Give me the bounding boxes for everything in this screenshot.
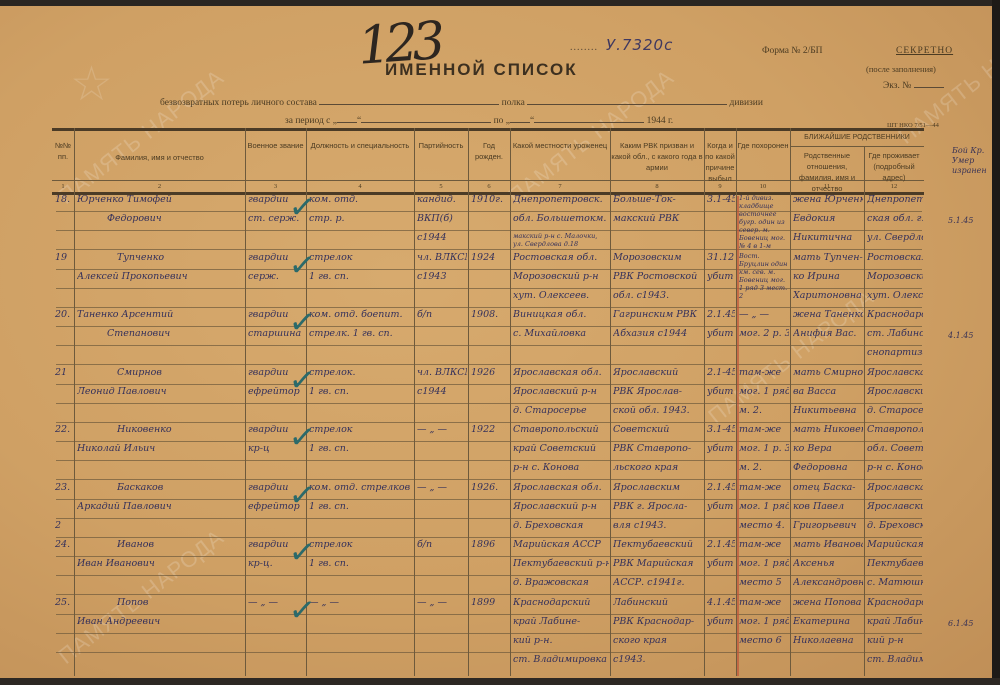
relative-name: Николаевна [793,635,863,646]
draft-office: вля с1943. [613,520,703,531]
party-membership: — „ — [417,482,467,493]
birth-year: 1896 [471,539,509,550]
burial-place: там-же [739,367,789,378]
soldier-surname: Попов [117,597,244,608]
birth-year: 1910г. [471,194,509,205]
position: 1 гв. сп. [309,443,413,454]
soldier-surname: Таненко Арсентий [77,309,244,320]
position: стрелок [309,539,413,550]
cause-of-loss: убит [707,501,735,512]
watermark-star-icon: ☆ [70,56,113,112]
relative-address: Ярославский р-н [867,501,923,512]
margin-red-line [737,196,739,676]
position: стрелок [309,424,413,435]
relative-address: Днепропетров- [867,194,923,205]
archival-document: ☆ ПАМЯТЬ НАРОДА ПАМЯТЬ НАРОДА ПАМЯТЬ НАР… [0,6,992,678]
party-membership: чл. ВЛКСМ [417,252,467,263]
burial-place: мог. 1 ряд [739,616,789,627]
burial-place: мог. 1 ряд 3 [739,501,789,512]
column-number: 10 [736,183,790,190]
relative-name: Анифия Вас. [793,328,863,339]
birthplace: Ярославская обл. [513,367,609,378]
subtitle-line: безвозвратных потерь личного состава пол… [160,96,800,108]
relative-name: жена Попова [793,597,863,608]
draft-office: РВК Краснодар- [613,616,703,627]
position: ком. отд. [309,194,413,205]
draft-office: макский РВК [613,213,703,224]
row-number: 22. [55,424,73,435]
draft-office: Советский [613,424,703,435]
relative-name: Александровна [793,577,863,588]
relative-name: мать Тупчен- [793,252,863,263]
burial-place: место 4. [739,520,789,531]
row-number: 2 [55,520,73,531]
document-title: ИМЕННОЙ СПИСОК [385,60,578,80]
birthplace: Марийская АССР [513,539,609,550]
birthplace: край Лабине- [513,616,609,627]
table-rule [790,146,924,147]
soldier-surname: Смирнов [117,367,244,378]
draft-office: ского края [613,635,703,646]
birthplace: край Советский [513,443,609,454]
position: ком. отд. стрелков [309,482,413,493]
party-membership: с1943 [417,271,467,282]
draft-office: обл. с1943. [613,290,703,301]
position: — „ — [309,597,413,608]
soldier-name: Иван Иванович [77,558,244,569]
birthplace: ст. Владимировка [513,654,609,665]
position: стрелк. 1 гв. сп. [309,328,413,339]
birthplace: хут. Олексеев. [513,290,609,301]
date-of-loss: 2.1.45 [707,539,735,550]
draft-office: РВК Ростовской [613,271,703,282]
relative-address: ст. Лабинская Кра- [867,328,923,339]
burial-place: там-же [739,597,789,608]
birthplace: Виницкая обл. [513,309,609,320]
relative-name: Федоровна [793,462,863,473]
party-membership: б/п [417,309,467,320]
draft-office: Больше-Ток- [613,194,703,205]
draft-office: АССР. с1941г. [613,577,703,588]
soldier-surname: Юрченко Тимофей [77,194,244,205]
birthplace: Днепропетровск. [513,194,609,205]
relative-name: ко Ирина [793,271,863,282]
check-mark-icon: ✓ [287,474,318,515]
draft-office: РВК Ставропо- [613,443,703,454]
burial-place: там-же [739,482,789,493]
draft-office: Лабинский [613,597,703,608]
soldier-surname: Тупченко [117,252,244,263]
soldier-name: Степанович [107,328,244,339]
position: 1 гв. сп. [309,558,413,569]
birthplace: д. Бреховская [513,520,609,531]
cause-of-loss: убит [707,271,735,282]
burial-place: место 6 [739,635,789,646]
draft-office: Ярославским [613,482,703,493]
birth-year: 1926 [471,367,509,378]
relative-name: мать Никовен- [793,424,863,435]
birthplace: Морозовский р-н [513,271,609,282]
column-number: 5 [414,183,468,190]
date-of-loss: 2.1-45 [707,367,735,378]
party-membership: б/п [417,539,467,550]
check-mark-icon: ✓ [287,187,318,228]
row-number: 24. [55,539,73,550]
draft-office: Ярославский [613,367,703,378]
relative-name: Евдокия [793,213,863,224]
birthplace: Ставропольский [513,424,609,435]
birthplace: Ярославский р-н [513,386,609,397]
relative-name: мать Иванова [793,539,863,550]
relative-name: Аксенья [793,558,863,569]
registration-stamp: ........У.7320с [570,36,673,54]
row-number: 19 [55,252,73,263]
period-line: за период с „“ по „“ 1944 г. [285,114,673,126]
relative-address: р-н с. Конова [867,462,923,473]
party-membership: с1944 [417,386,467,397]
relative-address: обл. Советский [867,443,923,454]
cause-of-loss: убит [707,443,735,454]
column-number: 6 [468,183,510,190]
column-header: Где проживает (подробный адрес) [864,150,924,183]
soldier-surname: Никовенко [117,424,244,435]
form-number: Форма № 2/БП [762,46,823,56]
column-header: Партийность [414,140,468,151]
soldier-surname: Баскаков [117,482,244,493]
relative-name: Никитична [793,232,863,243]
position: 1 гв. сп. [309,386,413,397]
burial-place: м. 2. [739,405,789,416]
soldier-name: Николай Ильич [77,443,244,454]
column-header: Где похоронен [736,140,790,151]
row-number: 23. [55,482,73,493]
birthplace: Ярославская обл. [513,482,609,493]
burial-place: мог. 1 ряд 3 [739,386,789,397]
column-header: Какой местности уроженец [510,140,610,151]
draft-office: Морозовским [613,252,703,263]
cause-of-loss: убит [707,616,735,627]
birthplace: Краснодарский [513,597,609,608]
position: 1 гв. сп. [309,271,413,282]
draft-office: РВК г. Яросла- [613,501,703,512]
row-number: 20. [55,309,73,320]
draft-office: Абхазия с1944 [613,328,703,339]
relative-address: Краснодарский край [867,309,923,320]
birthplace: р-н с. Конова [513,462,609,473]
column-number: 12 [864,183,924,190]
column-header: Год рожден. [468,140,510,162]
column-header: Каким РВК призван и какой обл., с какого… [610,140,704,173]
burial-place: мог. 2 р. 3 [739,328,789,339]
column-header: №№ пп. [52,140,74,162]
losses-table: №№ пп.1Фамилия, имя и отчество2Военное з… [52,128,924,676]
draft-office: Гагринским РВК [613,309,703,320]
relative-address: Пектубаевский р-н [867,558,923,569]
relative-address: Ярославская обл. [867,367,923,378]
draft-office: льского края [613,462,703,473]
birthplace: Пектубаевский р-н [513,558,609,569]
draft-office: РВК Марийская [613,558,703,569]
birthplace: с. Михайловка [513,328,609,339]
relative-name: Никитьевна [793,405,863,416]
relative-address: край Лабине- [867,616,923,627]
relative-address: хут. Олексеев. [867,290,923,301]
relative-address: снопартизанская д.100 [867,347,923,358]
column-number: 7 [510,183,610,190]
burial-place: м. 2. [739,462,789,473]
column-number: 8 [610,183,704,190]
relative-address: ст. Владимировка [867,654,923,665]
relative-address: Краснодарский [867,597,923,608]
relative-name: ков Павел [793,501,863,512]
margin-date-note: 4.1.45 [948,331,973,340]
position: ком. отд. боепит. [309,309,413,320]
cause-of-loss: убит [707,328,735,339]
position: стрелок. [309,367,413,378]
burial-place: там-же [739,424,789,435]
relative-address: с. Матюшка [867,577,923,588]
check-mark-icon: ✓ [287,359,318,400]
birth-year: 1908. [471,309,509,320]
margin-date-note: 6.1.45 [948,619,973,628]
birth-year: 1926. [471,482,509,493]
relative-address: Морозовский р-н [867,271,923,282]
check-mark-icon: ✓ [287,302,318,343]
row-number: 25. [55,597,73,608]
party-membership: кандид. [417,194,467,205]
draft-office: Пектубаевский [613,539,703,550]
cause-of-loss: убит [707,558,735,569]
soldier-name: Леонид Павлович [77,386,244,397]
column-number: 9 [704,183,736,190]
check-mark-icon: ✓ [287,244,318,285]
column-header: Когда и по какой причине выбыл [704,140,736,184]
relative-address: Ярославский р-н [867,386,923,397]
birth-year: 1899 [471,597,509,608]
draft-office: ской обл. 1943. [613,405,703,416]
copy-number: Экз. № [883,79,944,91]
check-mark-icon: ✓ [287,532,318,573]
classification-label: СЕКРЕТНО [896,46,953,56]
relative-name: отец Баска- [793,482,863,493]
after-filling-note: (после заполнения) [866,64,936,74]
margin-note: Бой Кр. Умер изранен [952,146,992,176]
soldier-name: Алексей Прокопьевич [77,271,244,282]
burial-place: мог. 1 р. 3 [739,443,789,454]
birth-year: 1924 [471,252,509,263]
soldier-name: Аркадий Павлович [77,501,244,512]
date-of-loss: 31.12.44 [707,252,735,263]
column-number: 4 [306,183,414,190]
relative-address: ул. Свердлова д.18 [867,232,923,243]
date-of-loss: 3.1-45 [707,194,735,205]
position: стр. р. [309,213,413,224]
date-of-loss: 2.1.45 [707,482,735,493]
relative-address: Ставропольская [867,424,923,435]
party-membership: чл. ВЛКСМ [417,367,467,378]
position: стрелок [309,252,413,263]
draft-office: РВК Ярослав- [613,386,703,397]
birthplace: Ярославский р-н [513,501,609,512]
row-number: 18. [55,194,73,205]
relative-address: Ростовская обл. [867,252,923,263]
column-header: Должность и специальность [306,140,414,151]
draft-office: с1943. [613,654,703,665]
soldier-name: Иван Андреевич [77,616,244,627]
position: 1 гв. сп. [309,501,413,512]
scan-edge [0,678,1000,685]
relative-address: кий р-н [867,635,923,646]
column-header: Военное звание [245,140,306,151]
check-mark-icon: ✓ [287,589,318,630]
relative-address: д. Старосерье. [867,405,923,416]
relative-name: ва Васса [793,386,863,397]
birth-year: 1922 [471,424,509,435]
soldier-name: Федорович [107,213,244,224]
column-number: 1 [52,183,74,190]
party-membership: с1944 [417,232,467,243]
burial-place: там-же [739,539,789,550]
relative-name: Григорьевич [793,520,863,531]
relative-name: жена Таненко [793,309,863,320]
party-membership: — „ — [417,424,467,435]
column-header: Фамилия, имя и отчество [74,152,245,163]
date-of-loss: 4.1.45 [707,597,735,608]
birthplace: кий р-н. [513,635,609,646]
column-number: 2 [74,183,245,190]
relative-name: Харитоновна [793,290,863,301]
table-rule [52,128,924,131]
birthplace: Ростовская обл. [513,252,609,263]
relative-address: д. Бреховская [867,520,923,531]
row-number: 21 [55,367,73,378]
soldier-surname: Иванов [117,539,244,550]
relative-name: ко Вера [793,443,863,454]
relative-address: Ярославская обл. [867,482,923,493]
scan-edge [992,0,1000,685]
margin-date-note: 5.1.45 [948,216,973,225]
burial-place: место 5 [739,577,789,588]
check-mark-icon: ✓ [287,417,318,458]
birthplace: макский р-н с. Малочки, ул. Свердлова д.… [513,232,609,248]
relative-name: жена Юрченко [793,194,863,205]
relative-address: ская обл. г. Малочки [867,213,923,224]
date-of-loss: 3.1-45 [707,424,735,435]
relatives-header: БЛИЖАЙШИЕ РОДСТВЕННИКИ [790,132,924,143]
column-number: 11 [790,183,864,190]
cause-of-loss: убит [707,386,735,397]
birthplace: д. Старосерье [513,405,609,416]
birthplace: обл. Большетокм. [513,213,609,224]
party-membership: — „ — [417,597,467,608]
relative-name: Екатерина [793,616,863,627]
relative-name: мать Смирно- [793,367,863,378]
relative-address: Марийская АССР [867,539,923,550]
date-of-loss: 2.1.45 [707,309,735,320]
burial-place: — „ — [739,309,789,320]
birthplace: д. Вражовская [513,577,609,588]
party-membership: ВКП(б) [417,213,467,224]
burial-place: Вост. Бруцлин один км. сев. м. Бовениц м… [739,252,789,308]
burial-place: мог. 1 ряд 3 [739,558,789,569]
burial-place: 1-й дивиз. кладбище восточнее бугр. один… [739,194,789,250]
